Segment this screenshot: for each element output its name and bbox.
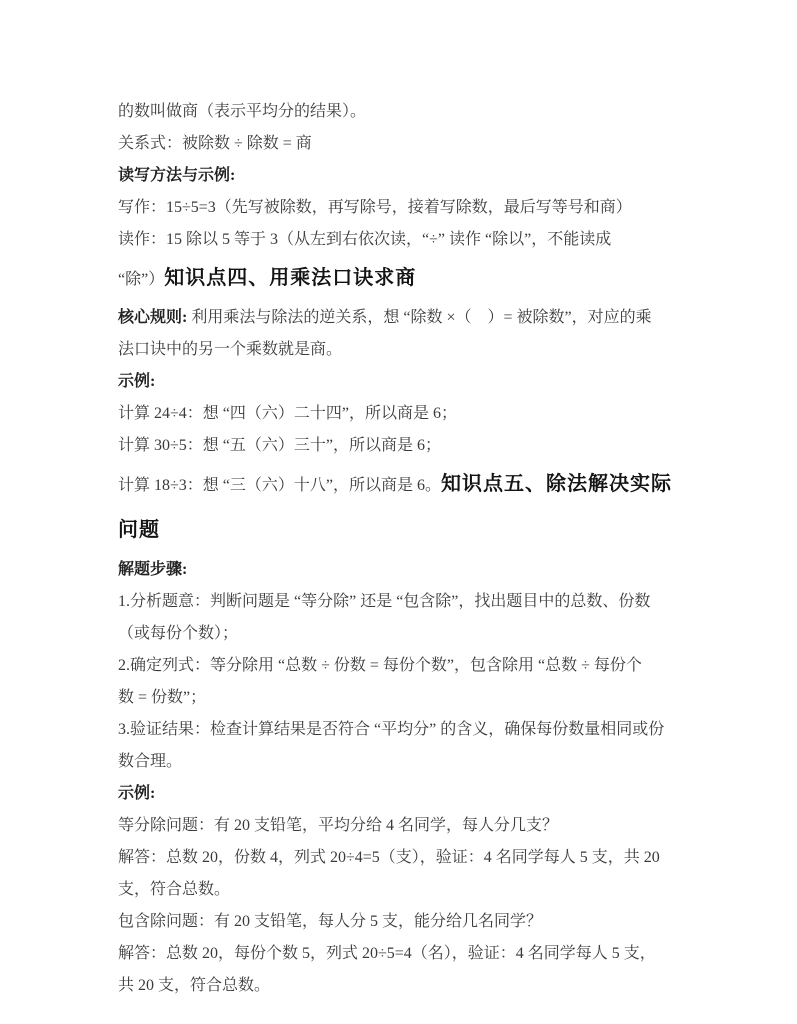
body-text: 计算 18÷3：想 “三（六）十八”，所以商是 6。 <box>118 477 441 494</box>
text-line-step-3: 3.验证结果：检查计算结果是否符合 “平均分” 的含义，确保每份数量相同或份 <box>118 714 697 746</box>
label-read-write-methods: 读写方法与示例: <box>118 160 697 192</box>
text-line-equal-share-answer-cont: 支，符合总数。 <box>118 874 697 906</box>
document-page: 的数叫做商（表示平均分的结果）。关系式：被除数 ÷ 除数 = 商读写方法与示例:… <box>0 0 797 1024</box>
label-text: 示例: <box>118 373 155 390</box>
body-text: 解答：总数 20，每份个数 5，列式 20÷5=4（名），验证：4 名同学每人 … <box>118 945 656 962</box>
text-line-equal-share-problem: 等分除问题：有 20 支铅笔，平均分给 4 名同学，每人分几支？ <box>118 810 697 842</box>
text-line-writing-example: 写作：15÷5=3（先写被除数，再写除号，接着写除数，最后写等号和商） <box>118 192 697 224</box>
text-line-step-1: 1.分析题意：判断问题是 “等分除” 还是 “包含除”，找出题目中的总数、份数 <box>118 586 697 618</box>
label-text: 示例: <box>118 785 155 802</box>
body-text: 读作：15 除以 5 等于 3（从左到右依次读，“÷” 读作 “除以”，不能读成 <box>118 231 611 248</box>
heading-knowledge-point-4: “除”）知识点四、用乘法口诀求商 <box>118 256 697 302</box>
body-text: 数合理。 <box>118 753 182 770</box>
text-line-quotient-definition: 的数叫做商（表示平均分的结果）。 <box>118 96 697 128</box>
document-content: 的数叫做商（表示平均分的结果）。关系式：被除数 ÷ 除数 = 商读写方法与示例:… <box>0 0 797 1002</box>
body-text: 共 20 支，符合总数。 <box>118 977 270 994</box>
body-text: “除”） <box>118 271 164 288</box>
body-text: 关系式：被除数 ÷ 除数 = 商 <box>118 135 312 152</box>
body-text: 1.分析题意：判断问题是 “等分除” 还是 “包含除”，找出题目中的总数、份数 <box>118 593 650 610</box>
body-text: 的数叫做商（表示平均分的结果）。 <box>118 103 366 120</box>
body-text: （或每份个数）； <box>118 625 238 642</box>
label-text: 解题步骤: <box>118 561 187 578</box>
label-examples-2: 示例: <box>118 778 697 810</box>
body-text: 写作：15÷5=3（先写被除数，再写除号，接着写除数，最后写等号和商） <box>118 199 632 216</box>
text-line-calc-24-4: 计算 24÷4：想 “四（六）二十四”，所以商是 6； <box>118 398 697 430</box>
text-line-step-2: 2.确定列式：等分除用 “总数 ÷ 份数 = 每份个数”，包含除用 “总数 ÷ … <box>118 650 697 682</box>
body-text: 解答：总数 20，份数 4，列式 20÷4=5（支），验证：4 名同学每人 5 … <box>118 849 660 866</box>
body-text: 3.验证结果：检查计算结果是否符合 “平均分” 的含义，确保每份数量相同或份 <box>118 721 664 738</box>
body-text: 支，符合总数。 <box>118 881 230 898</box>
text-line-equal-share-answer: 解答：总数 20，份数 4，列式 20÷4=5（支），验证：4 名同学每人 5 … <box>118 842 697 874</box>
body-text: 包含除问题：有 20 支铅笔，每人分 5 支，能分给几名同学？ <box>118 913 542 930</box>
label-solving-steps: 解题步骤: <box>118 554 697 586</box>
body-text: 等分除问题：有 20 支铅笔，平均分给 4 名同学，每人分几支？ <box>118 817 558 834</box>
text-line-step-1-cont: （或每份个数）； <box>118 618 697 650</box>
text-line-step-2-cont: 数 = 份数”； <box>118 682 697 714</box>
body-text: 利用乘法与除法的逆关系，想 “除数 ×（ ）= 被除数”，对应的乘 <box>187 309 651 326</box>
text-line-calc-30-5: 计算 30÷5：想 “五（六）三十”，所以商是 6； <box>118 430 697 462</box>
body-text: 2.确定列式：等分除用 “总数 ÷ 份数 = 每份个数”，包含除用 “总数 ÷ … <box>118 657 642 674</box>
body-text: 计算 30÷5：想 “五（六）三十”，所以商是 6； <box>118 437 441 454</box>
body-text: 法口诀中的另一个乘数就是商。 <box>118 341 342 358</box>
heading-text: 问题 <box>118 519 160 541</box>
text-line-step-3-cont: 数合理。 <box>118 746 697 778</box>
heading-text: 知识点五、除法解决实际 <box>441 473 672 495</box>
text-line-relation-formula: 关系式：被除数 ÷ 除数 = 商 <box>118 128 697 160</box>
body-text: 计算 24÷4：想 “四（六）二十四”，所以商是 6； <box>118 405 457 422</box>
label-text: 核心规则: <box>118 309 187 326</box>
label-text: 读写方法与示例: <box>118 167 235 184</box>
text-line-reading-example: 读作：15 除以 5 等于 3（从左到右依次读，“÷” 读作 “除以”，不能读成 <box>118 224 697 256</box>
text-line-inclusion-answer-cont: 共 20 支，符合总数。 <box>118 970 697 1002</box>
label-examples-1: 示例: <box>118 366 697 398</box>
text-line-core-rule: 核心规则: 利用乘法与除法的逆关系，想 “除数 ×（ ）= 被除数”，对应的乘 <box>118 302 697 334</box>
heading-knowledge-point-5-cont: 问题 <box>118 508 697 554</box>
text-line-core-rule-cont: 法口诀中的另一个乘数就是商。 <box>118 334 697 366</box>
text-line-inclusion-answer: 解答：总数 20，每份个数 5，列式 20÷5=4（名），验证：4 名同学每人 … <box>118 938 697 970</box>
heading-text: 知识点四、用乘法口诀求商 <box>164 267 416 289</box>
heading-knowledge-point-5: 计算 18÷3：想 “三（六）十八”，所以商是 6。知识点五、除法解决实际 <box>118 462 697 508</box>
text-line-inclusion-problem: 包含除问题：有 20 支铅笔，每人分 5 支，能分给几名同学？ <box>118 906 697 938</box>
body-text: 数 = 份数”； <box>118 689 206 706</box>
